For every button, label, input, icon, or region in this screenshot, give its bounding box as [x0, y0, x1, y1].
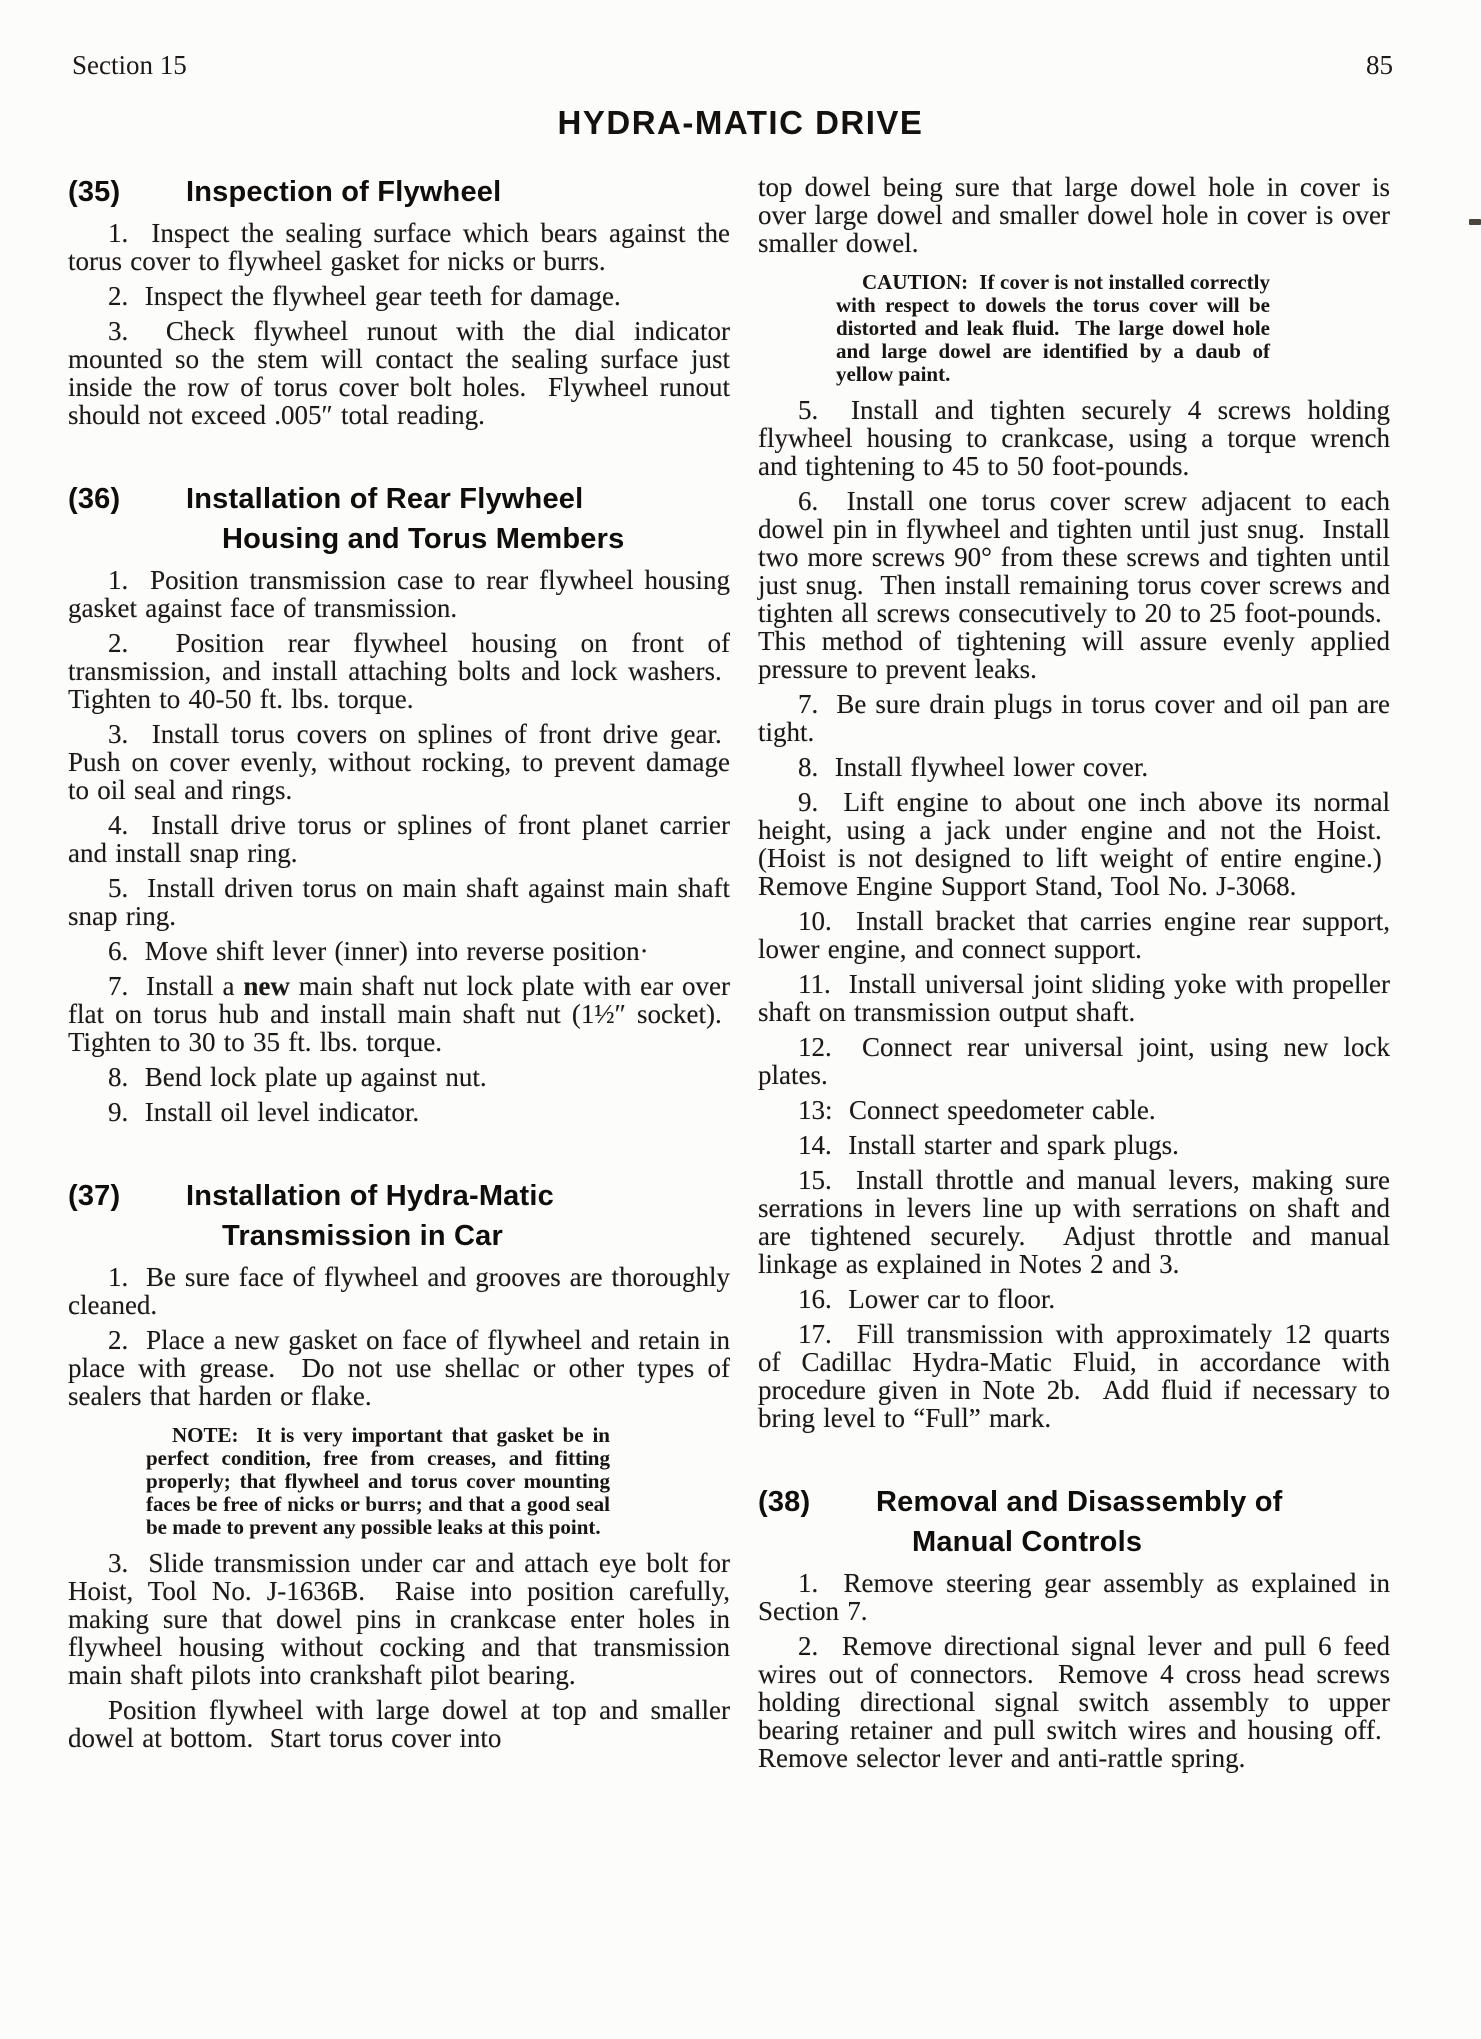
- body-paragraph: 3. Slide transmission under car and atta…: [68, 1549, 730, 1689]
- section-title-line: Manual Controls: [876, 1522, 1390, 1562]
- section-title-line: Removal and Disassembly of: [876, 1482, 1390, 1522]
- body-paragraph: 13: Connect speedometer cable.: [758, 1096, 1390, 1124]
- body-paragraph: 9. Lift engine to about one inch above i…: [758, 788, 1390, 900]
- section-number: (38): [758, 1482, 876, 1522]
- body-paragraph: 2. Place a new gasket on face of flywhee…: [68, 1326, 730, 1410]
- body-paragraph: 14. Install starter and spark plugs.: [758, 1131, 1390, 1159]
- body-paragraph: 1. Position transmission case to rear fl…: [68, 566, 730, 622]
- section-title: Installation of Hydra-MaticTransmission …: [186, 1176, 730, 1256]
- body-paragraph: 2. Inspect the flywheel gear teeth for d…: [68, 282, 730, 310]
- section-label: Section 15: [72, 50, 187, 80]
- body-paragraph: 3. Check flywheel runout with the dial i…: [68, 317, 730, 429]
- body-paragraph: 17. Fill transmission with approximately…: [758, 1320, 1390, 1432]
- page-title: HYDRA-MATIC DRIVE: [0, 104, 1481, 142]
- body-paragraph: 1. Remove steering gear assembly as expl…: [758, 1569, 1390, 1625]
- section-heading: (36)Installation of Rear FlywheelHousing…: [68, 479, 730, 559]
- section-heading: (38)Removal and Disassembly ofManual Con…: [758, 1482, 1390, 1562]
- body-paragraph: 16. Lower car to floor.: [758, 1285, 1390, 1313]
- body-paragraph: 9. Install oil level indicator.: [68, 1098, 730, 1126]
- body-paragraph: 1. Be sure face of flywheel and grooves …: [68, 1263, 730, 1319]
- body-paragraph: 1. Inspect the sealing surface which bea…: [68, 219, 730, 275]
- section-title-line: Inspection of Flywheel: [186, 172, 730, 212]
- body-paragraph: 5. Install driven torus on main shaft ag…: [68, 874, 730, 930]
- section-title-line: Housing and Torus Members: [186, 519, 730, 559]
- page-number: 85: [1366, 50, 1393, 80]
- body-paragraph: 12. Connect rear universal joint, using …: [758, 1033, 1390, 1089]
- section-title-line: Transmission in Car: [186, 1216, 730, 1256]
- page-edge-mark: [1469, 219, 1481, 225]
- manual-page: Section 15 85 HYDRA-MATIC DRIVE (35)Insp…: [0, 0, 1481, 2039]
- body-paragraph: 8. Bend lock plate up against nut.: [68, 1063, 730, 1091]
- body-paragraph: 4. Install drive torus or splines of fro…: [68, 811, 730, 867]
- column-right: top dowel being sure that large dowel ho…: [758, 166, 1390, 1779]
- body-paragraph: 7. Be sure drain plugs in torus cover an…: [758, 690, 1390, 746]
- section-number: (37): [68, 1176, 186, 1216]
- running-head: Section 15 85: [72, 50, 1393, 80]
- section-number: (35): [68, 172, 186, 212]
- section-title-line: Installation of Rear Flywheel: [186, 479, 730, 519]
- body-paragraph: 5. Install and tighten securely 4 screws…: [758, 396, 1390, 480]
- note-block: NOTE: It is very important that gasket b…: [146, 1424, 610, 1539]
- section-title: Inspection of Flywheel: [186, 172, 730, 212]
- column-left: (35)Inspection of Flywheel1. Inspect the…: [68, 172, 730, 1759]
- body-paragraph: 2. Position rear flywheel housing on fro…: [68, 629, 730, 713]
- body-paragraph: Position flywheel with large dowel at to…: [68, 1696, 730, 1752]
- body-paragraph: 7. Install a new main shaft nut lock pla…: [68, 972, 730, 1056]
- body-paragraph: 2. Remove directional signal lever and p…: [758, 1632, 1390, 1772]
- body-paragraph: 11. Install universal joint sliding yoke…: [758, 970, 1390, 1026]
- body-paragraph: 6. Install one torus cover screw adjacen…: [758, 487, 1390, 683]
- body-paragraph: top dowel being sure that large dowel ho…: [758, 173, 1390, 257]
- body-paragraph: 8. Install flywheel lower cover.: [758, 753, 1390, 781]
- body-paragraph: 6. Move shift lever (inner) into reverse…: [68, 937, 730, 965]
- body-paragraph: 3. Install torus covers on splines of fr…: [68, 720, 730, 804]
- section-title: Removal and Disassembly ofManual Control…: [876, 1482, 1390, 1562]
- section-heading: (35)Inspection of Flywheel: [68, 172, 730, 212]
- section-number: (36): [68, 479, 186, 519]
- section-heading: (37)Installation of Hydra-MaticTransmiss…: [68, 1176, 730, 1256]
- section-title-line: Installation of Hydra-Matic: [186, 1176, 730, 1216]
- body-paragraph: 15. Install throttle and manual levers, …: [758, 1166, 1390, 1278]
- section-title: Installation of Rear FlywheelHousing and…: [186, 479, 730, 559]
- body-paragraph: 10. Install bracket that carries engine …: [758, 907, 1390, 963]
- note-block: CAUTION: If cover is not installed corre…: [836, 271, 1270, 386]
